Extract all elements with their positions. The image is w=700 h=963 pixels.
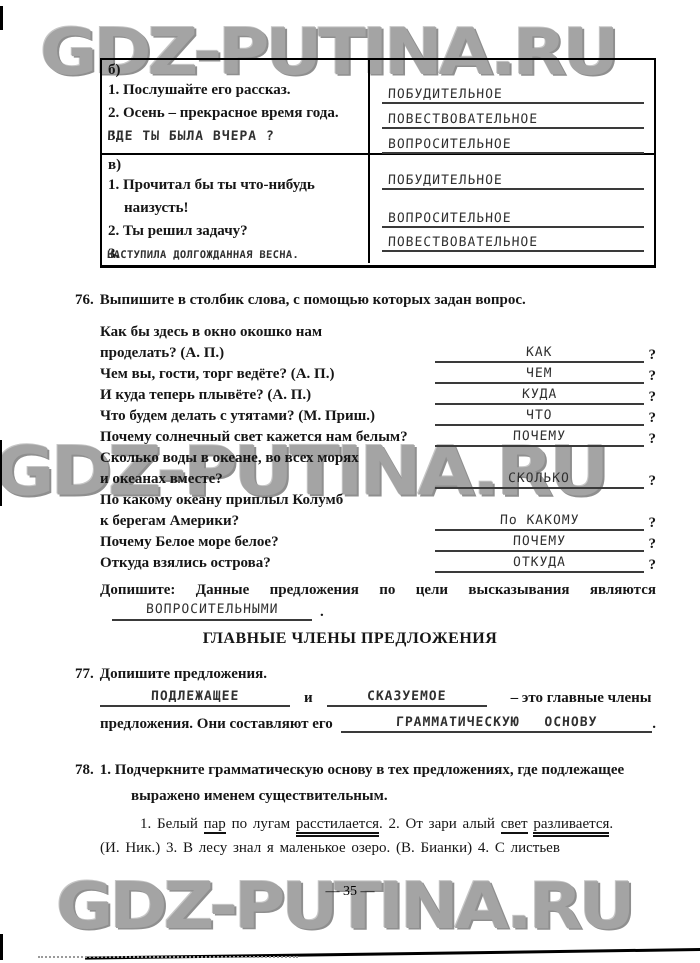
sentence-line: (И. Ник.) 3. В лесу знал я маленькое озе… bbox=[100, 836, 660, 860]
question-row: Как бы здесь в окно окошко нам проделать… bbox=[100, 322, 656, 364]
question-row: Сколько воды в океане, во всех морях и о… bbox=[100, 448, 656, 490]
answer-blank: СКОЛЬКО bbox=[435, 469, 644, 489]
section-label-v: в) bbox=[108, 157, 364, 174]
answer-blank: ПОЧЕМУ bbox=[435, 532, 644, 552]
double-underlined-predicate: расстилается bbox=[296, 816, 379, 837]
section-heading: ГЛАВНЫЕ ЧЛЕНЫ ПРЕДЛОЖЕНИЯ bbox=[0, 630, 700, 648]
question-mark: ? bbox=[649, 473, 657, 489]
question-row: Что будем делать с утятами? (М. Приш.) Ч… bbox=[100, 406, 656, 427]
question-row: Откуда взялись острова? ОТКУДА? bbox=[100, 553, 656, 574]
table-item: 1. Прочитал бы ты что-нибудь наизусть! bbox=[108, 174, 364, 220]
table-row-b: б) 1. Послушайте его рассказ. 2. Осень –… bbox=[102, 60, 654, 155]
exercise-instruction: Выпишите в столбик слова, с помощью кото… bbox=[100, 292, 526, 308]
exercise-number: 77. bbox=[75, 666, 94, 682]
table-cell-answers-b: ПОБУДИТЕЛЬНОЕ ПОВЕСТВОВАТЕЛЬНОЕ ВОПРОСИТ… bbox=[370, 60, 654, 153]
answer-blank: По КАКОМУ bbox=[435, 511, 644, 531]
question-text: Как бы здесь в окно окошко нам bbox=[100, 322, 435, 343]
answer-line: ВОПРОСИТЕЛЬНОЕ bbox=[382, 190, 644, 228]
answer-blank: ПОДЛЕЖАЩЕЕ bbox=[100, 688, 290, 707]
table-item-handwritten: 3. НАСТУПИЛА ДОЛГОЖДАННАЯ ВЕСНА. bbox=[108, 243, 364, 267]
table-cell-questions-b: б) 1. Послушайте его рассказ. 2. Осень –… bbox=[102, 60, 370, 153]
answer-blank: КАК bbox=[435, 343, 644, 363]
table-item-handwritten: 3. ГДЕ ТЫ БЫЛА ВЧЕРА ? bbox=[108, 125, 364, 148]
table-item: 1. Послушайте его рассказ. bbox=[108, 79, 364, 102]
question-mark: ? bbox=[649, 410, 657, 426]
section-label-b: б) bbox=[108, 62, 364, 79]
question-text: и океанах вместе? bbox=[100, 469, 435, 490]
answer-line: ПОБУДИТЕЛЬНОЕ bbox=[382, 60, 644, 104]
answer-blank: КУДА bbox=[435, 385, 644, 405]
answer-blank: ЧЕМ bbox=[435, 364, 644, 384]
question-row: Почему солнечный свет кажется нам белым?… bbox=[100, 427, 656, 448]
exercise-76-header: 76.Выпишите в столбик слова, с помощью к… bbox=[75, 288, 655, 313]
question-text: Что будем делать с утятами? (М. Приш.) bbox=[100, 406, 435, 427]
period: . bbox=[320, 604, 324, 621]
underlined-subject: пар bbox=[204, 816, 226, 834]
sentence-tail: – это главные члены bbox=[511, 690, 652, 707]
exercise-instruction: выражено именем существительным. bbox=[75, 783, 655, 809]
question-row: Чем вы, гости, торг ведёте? (А. П.) ЧЕМ? bbox=[100, 364, 656, 385]
dopishite-prompt: Допишите: Данные предложения по цели выс… bbox=[100, 582, 656, 599]
question-text: Сколько воды в океане, во всех морях bbox=[100, 448, 435, 469]
question-text: Почему солнечный свет кажется нам белым? bbox=[100, 427, 435, 448]
workbook-page: GDZ-PUTINA.RU GDZ-PUTINA.RU GDZ-PUTINA.R… bbox=[0, 0, 700, 963]
question-row: И куда теперь плывёте? (А. П.) КУДА? bbox=[100, 385, 656, 406]
table-row-v: в) 1. Прочитал бы ты что-нибудь наизусть… bbox=[102, 155, 654, 263]
table-cell-answers-v: ПОБУДИТЕЛЬНОЕ ВОПРОСИТЕЛЬНОЕ ПОВЕСТВОВАТ… bbox=[370, 155, 654, 263]
question-mark: ? bbox=[649, 557, 657, 573]
conjunction: и bbox=[304, 690, 313, 707]
exercise-78-sentences: 1. Белый пар по лугам расстилается. 2. О… bbox=[100, 812, 660, 860]
answer-blank: ВОПРОСИТЕЛЬНЫМИ bbox=[112, 600, 312, 621]
answer-blank: ОТКУДА bbox=[435, 553, 644, 573]
scan-artifact bbox=[0, 440, 2, 506]
sentence-line: 1. Белый пар по лугам расстилается. 2. О… bbox=[100, 812, 660, 836]
question-mark: ? bbox=[649, 515, 657, 531]
question-row: По какому океану приплыл Колумб к берега… bbox=[100, 490, 656, 532]
double-underlined-predicate: разливается bbox=[533, 816, 609, 837]
dopishite-answer: ВОПРОСИТЕЛЬНЫМИ . bbox=[112, 600, 668, 621]
answer-blank: ПОЧЕМУ bbox=[435, 427, 644, 447]
question-text: И куда теперь плывёте? (А. П.) bbox=[100, 385, 435, 406]
answer-blank: ЧТО bbox=[435, 406, 644, 426]
period: . bbox=[652, 716, 656, 733]
exercise-number: 76. bbox=[75, 292, 94, 308]
exercise-number: 78. bbox=[75, 762, 94, 778]
scan-artifact bbox=[0, 6, 3, 30]
scan-artifact bbox=[0, 934, 3, 960]
exercise-77-header: 77.Допишите предложения. bbox=[75, 662, 655, 687]
question-text: Почему Белое море белое? bbox=[100, 532, 435, 553]
question-mark: ? bbox=[649, 389, 657, 405]
table-cell-questions-v: в) 1. Прочитал бы ты что-нибудь наизусть… bbox=[102, 155, 370, 263]
question-text: По какому океану приплыл Колумб bbox=[100, 490, 435, 511]
exercise-77-line1: ПОДЛЕЖАЩЕЕ и СКАЗУЕМОЕ – это главные чле… bbox=[100, 688, 660, 707]
answer-line: ПОВЕСТВОВАТЕЛЬНОЕ bbox=[382, 104, 644, 129]
exercise-78-header: 78.1. Подчеркните грамматическую основу … bbox=[75, 757, 655, 809]
answer-line: ПОБУДИТЕЛЬНОЕ bbox=[382, 155, 644, 190]
question-text: проделать? (А. П.) bbox=[100, 343, 435, 364]
question-mark: ? bbox=[649, 431, 657, 447]
answer-blank: ГРАММАТИЧЕСКУЮ ОСНОВУ bbox=[341, 714, 652, 733]
answer-blank: СКАЗУЕМОЕ bbox=[327, 688, 487, 707]
question-mark: ? bbox=[649, 368, 657, 384]
exercise-instruction: 1. Подчеркните грамматическую основу в т… bbox=[100, 762, 624, 778]
underlined-subject: свет bbox=[501, 816, 528, 834]
question-mark: ? bbox=[649, 536, 657, 552]
answer-line: ПОВЕСТВОВАТЕЛЬНОЕ bbox=[382, 228, 644, 252]
sentence-type-table: б) 1. Послушайте его рассказ. 2. Осень –… bbox=[100, 58, 656, 268]
exercise-77-line2: предложения. Они составляют его ГРАММАТИ… bbox=[100, 714, 656, 733]
question-text: Откуда взялись острова? bbox=[100, 553, 435, 574]
table-item: 2. Осень – прекрасное время года. bbox=[108, 102, 364, 125]
question-text: к берегам Америки? bbox=[100, 511, 435, 532]
exercise-76-body: Как бы здесь в окно окошко нам проделать… bbox=[100, 322, 656, 574]
exercise-instruction: Допишите предложения. bbox=[100, 666, 267, 682]
table-item: 2. Ты решил задачу? bbox=[108, 220, 364, 243]
sentence-start: предложения. Они составляют его bbox=[100, 716, 333, 733]
answer-line: ВОПРОСИТЕЛЬНОЕ bbox=[382, 129, 644, 154]
question-row: Почему Белое море белое? ПОЧЕМУ? bbox=[100, 532, 656, 553]
question-mark: ? bbox=[649, 347, 657, 363]
page-number: — 35 — bbox=[0, 884, 700, 900]
scan-line-faint bbox=[38, 956, 298, 958]
question-text: Чем вы, гости, торг ведёте? (А. П.) bbox=[100, 364, 435, 385]
